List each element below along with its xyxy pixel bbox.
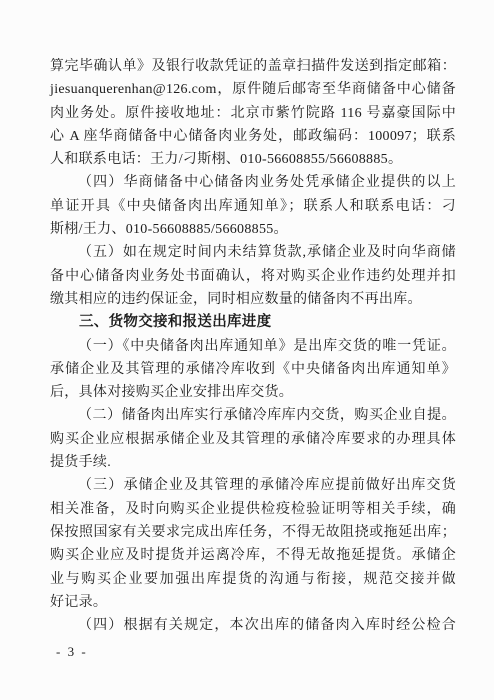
text-line: 相关准备，及时向购买企业提供检疫检验证明等相关手续，确: [50, 498, 456, 521]
page-number: - 3 -: [56, 643, 88, 661]
text-line: 保按照国家有关要求完成出库任务，不得无故阻挠或拖延出库；: [50, 521, 456, 544]
text-line: 购买企业应及时提货并运离冷库，不得无故拖延提货。承储企: [50, 544, 456, 567]
paragraph: （二）储备肉出库实行承储冷库库内交货，购买企业自提。购买企业应根据承储企业及其管…: [50, 404, 456, 474]
text-line: 缴其相应的违约保证金，同时相应数量的储备肉不再出库。: [50, 288, 456, 311]
text-line: （三）承储企业及其管理的承储冷库应提前做好出库交货: [50, 474, 456, 497]
text-line: 后，具体对接购买企业安排出库交货。: [50, 381, 456, 404]
text-line: 斯栩/王力、010-56608885/56608855。: [50, 218, 456, 241]
text-line: （五）如在规定时间内未结算货款,承储企业及时向华商储: [50, 241, 456, 264]
text-line: （二）储备肉出库实行承储冷库库内交货，购买企业自提。: [50, 404, 456, 427]
text-line: （四）根据有关规定，本次出库的储备肉入库时经公检合: [50, 614, 456, 637]
document-body: 算完毕确认单》及银行收款凭证的盖章扫描件发送到指定邮箱：jiesuanquere…: [50, 55, 456, 637]
paragraph: 算完毕确认单》及银行收款凭证的盖章扫描件发送到指定邮箱：jiesuanquere…: [50, 55, 456, 171]
paragraph: （四）华商储备中心储备肉业务处凭承储企业提供的以上单证开具《中央储备肉出库通知单…: [50, 171, 456, 241]
scanned-document-page: 算完毕确认单》及银行收款凭证的盖章扫描件发送到指定邮箱：jiesuanquere…: [0, 0, 494, 700]
text-line: 心 A 座华商储备中心储备肉业务处，邮政编码：100097；联系: [50, 125, 456, 148]
text-line: （四）华商储备中心储备肉业务处凭承储企业提供的以上: [50, 171, 456, 194]
text-line: 提货手续.: [50, 451, 456, 474]
text-line: 算完毕确认单》及银行收款凭证的盖章扫描件发送到指定邮箱：: [50, 55, 456, 78]
text-line: 肉业务处。原件接收地址：北京市紫竹院路 116 号嘉豪国际中: [50, 102, 456, 125]
paragraph: （五）如在规定时间内未结算货款,承储企业及时向华商储备中心储备肉业务处书面确认，…: [50, 241, 456, 311]
text-line: 业与购买企业要加强出库提货的沟通与衔接，规范交接并做: [50, 568, 456, 591]
paragraph: （四）根据有关规定，本次出库的储备肉入库时经公检合: [50, 614, 456, 637]
paragraph: （一）《中央储备肉出库通知单》是出库交货的唯一凭证。承储企业及其管理的承储冷库收…: [50, 335, 456, 405]
text-line: 好记录。: [50, 591, 456, 614]
text-line: 人和联系电话：王力/刁斯栩、010-56608855/56608885。: [50, 148, 456, 171]
section-heading: 三、货物交接和报送出库进度: [50, 311, 456, 334]
section-heading-text: 三、货物交接和报送出库进度: [50, 311, 456, 334]
text-line: 单证开具《中央储备肉出库通知单》；联系人和联系电话：刁: [50, 195, 456, 218]
text-line: jiesuanquerenhan@126.com，原件随后邮寄至华商储备中心储备: [50, 78, 456, 101]
text-line: （一）《中央储备肉出库通知单》是出库交货的唯一凭证。: [50, 335, 456, 358]
text-line: 备中心储备肉业务处书面确认，将对购买企业作违约处理并扣: [50, 265, 456, 288]
paragraph: （三）承储企业及其管理的承储冷库应提前做好出库交货相关准备，及时向购买企业提供检…: [50, 474, 456, 614]
text-line: 承储企业及其管理的承储冷库收到《中央储备肉出库通知单》: [50, 358, 456, 381]
text-line: 购买企业应根据承储企业及其管理的承储冷库要求的办理具体: [50, 428, 456, 451]
